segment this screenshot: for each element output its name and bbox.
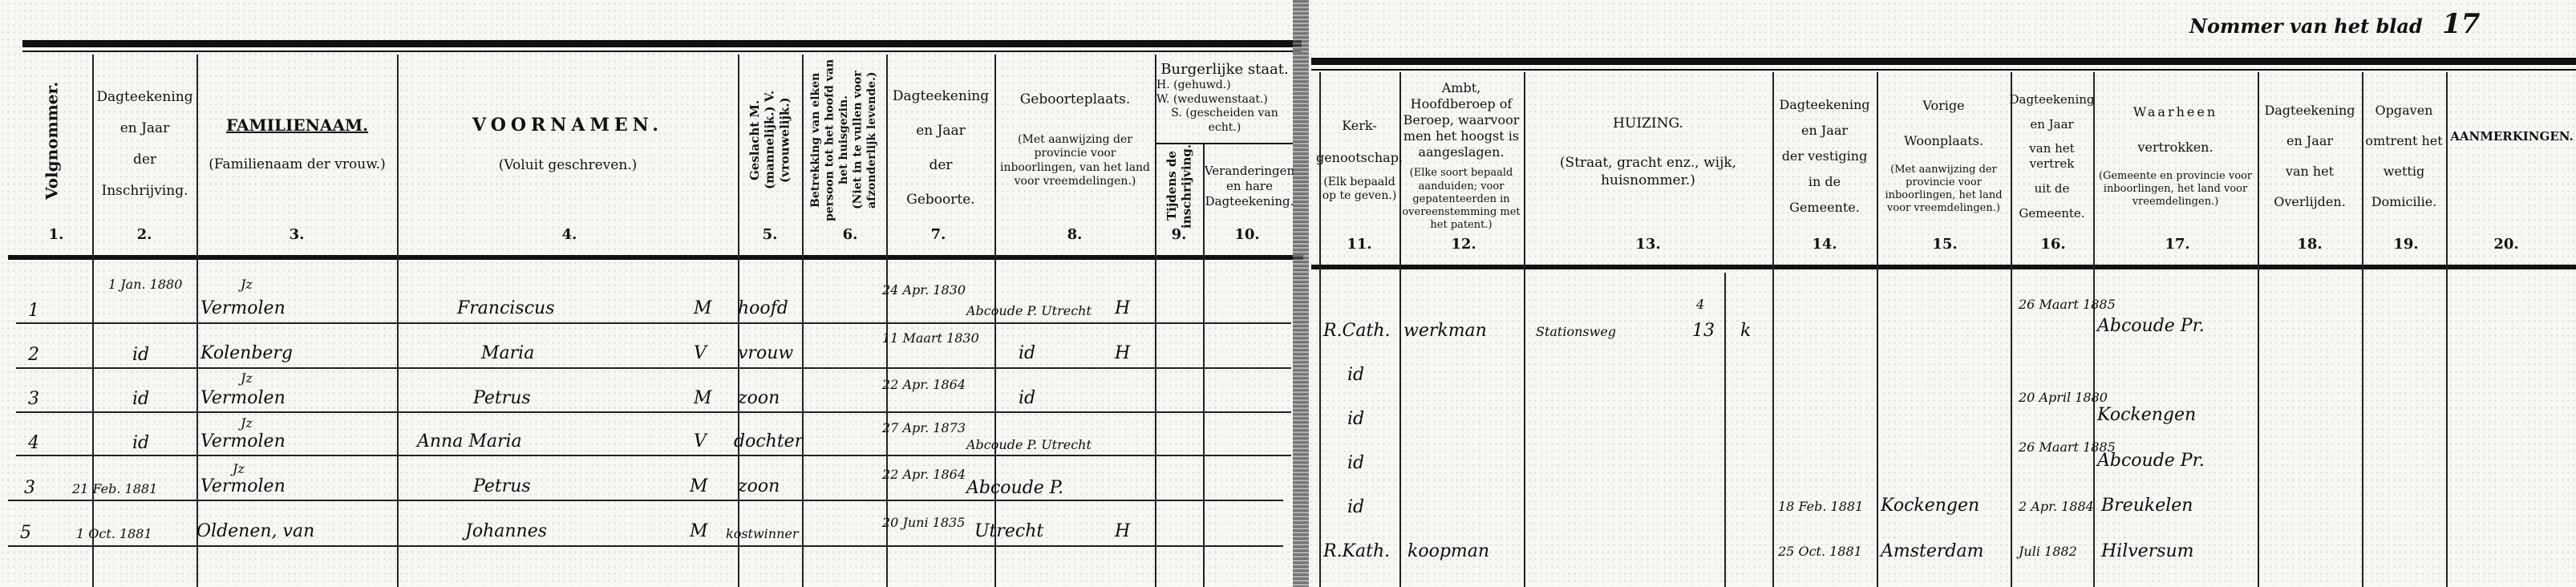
header-text: Woonplaats.	[1904, 133, 1983, 149]
header-vestiging: Dagteekening en Jaar der vestiging in de…	[1774, 88, 1875, 225]
cell-vorige-woonplaats: Kockengen	[1881, 496, 1979, 516]
header-text: (Straat, gracht enz., wijk, huisnommer.)	[1525, 155, 1771, 189]
cell-inschrijving: 1 Oct. 1881	[76, 526, 152, 541]
cell-waarheen: Breukelen	[2101, 496, 2193, 516]
right-page: Kerk- genootschap. (Elk bepaald op te ge…	[1303, 0, 2576, 587]
cell-geboorteplaats: Abcoude P. Utrecht	[966, 303, 1092, 318]
header-overlijden: Dagteekening en Jaar van het Overlijden.	[2259, 88, 2360, 225]
column-number: 1.	[32, 226, 80, 243]
header-text: Burgerlijke staat.	[1160, 61, 1288, 79]
cell-familienaam-prefix: Jz	[233, 461, 245, 476]
header-text: der vestiging	[1782, 148, 1868, 164]
cell-geboorte: 20 Juni 1835	[882, 515, 965, 530]
cell-familienaam-prefix: Jz	[241, 277, 253, 292]
cell-betrekking: zoon	[738, 476, 780, 496]
cell-huisnummer: 4	[1696, 297, 1704, 312]
col-divider	[886, 55, 888, 587]
row-line	[8, 500, 1283, 501]
cell-waarheen: Hilversum	[2101, 541, 2194, 561]
cell-kerkgenootschap: id	[1347, 409, 1364, 429]
cell-kerkgenootschap: id	[1347, 365, 1364, 385]
cell-voornamen: Johannes	[465, 521, 547, 541]
header-text: AANMERKINGEN.	[2450, 129, 2573, 144]
legend-gescheiden: S. (gescheiden van echt.)	[1156, 107, 1293, 135]
col-divider	[397, 55, 399, 587]
header-text: Vorige	[1922, 98, 1964, 114]
header-familienaam: FAMILIENAAM. (Familienaam der vrouw.)	[199, 96, 395, 192]
cell-wijk: 13	[1692, 321, 1715, 341]
cell-waarheen: Abcoude Pr.	[2097, 451, 2205, 471]
column-number: 9.	[1155, 226, 1203, 243]
cell-volgnummer: 1	[28, 301, 39, 321]
header-top-rule-thin	[1311, 69, 2576, 71]
cell-vestiging: 18 Feb. 1881	[1778, 499, 1863, 514]
cell-beroep: koopman	[1407, 541, 1489, 561]
cell-geslacht: M	[690, 476, 708, 496]
header-text: Geslacht M. (mannelijk.) V. (vrouwelijk.…	[747, 58, 792, 222]
header-text: Overlijden.	[2274, 194, 2346, 210]
column-number: 20.	[2482, 236, 2530, 253]
header-vertrek: Dagteekening en Jaar van het vertrek uit…	[2012, 88, 2092, 225]
header-text: (Elk bepaald op te geven.)	[1321, 176, 1398, 204]
cell-geboorteplaats: Utrecht	[974, 521, 1043, 541]
cell-kerkgenootschap: id	[1347, 497, 1364, 517]
header-text: (Gemeente en provincie voor inboorlingen…	[2095, 170, 2256, 209]
header-text: Gemeente.	[1789, 200, 1860, 216]
header-text: en hare	[1226, 179, 1273, 194]
cell-inschrijving: 1 Jan. 1880	[108, 277, 182, 292]
column-number: 18.	[2286, 236, 2334, 253]
cell-huizing: Stationsweg	[1536, 324, 1616, 339]
cell-kerkgenootschap: R.Kath.	[1323, 541, 1390, 561]
column-number: 17.	[2153, 236, 2201, 253]
header-geboorteplaats: Geboorteplaats. (Met aanwijzing der prov…	[997, 80, 1153, 200]
header-bottom-rule	[8, 255, 1303, 260]
cell-familienaam: Oldenen, van	[196, 521, 314, 541]
cell-betrekking: kostwinner	[726, 526, 799, 541]
header-text: Veranderingen	[1205, 164, 1294, 179]
header-text: Dagteekening	[893, 88, 989, 105]
header-voornamen: VOORNAMEN. (Voluit geschreven.)	[399, 96, 736, 192]
col-divider	[1203, 144, 1205, 587]
cell-kerkgenootschap: R.Cath.	[1323, 321, 1391, 341]
header-aanmerkingen: AANMERKINGEN.	[2448, 120, 2576, 152]
header-text: VOORNAMEN.	[472, 115, 663, 137]
header-text: Domicilie.	[2371, 194, 2437, 210]
header-text: Inschrijving.	[102, 183, 188, 200]
legend-gehuwd: H. (gehuwd.)	[1156, 79, 1231, 93]
col-divider	[738, 55, 739, 587]
cell-volgnummer: 3	[28, 389, 39, 409]
header-text: vertrokken.	[2137, 140, 2213, 156]
col-divider	[92, 55, 94, 587]
header-text: (Met aanwijzing der provincie voor inboo…	[997, 133, 1153, 189]
column-number: 12.	[1440, 236, 1488, 253]
header-tijdens-inschrijving: Tijdens de inschrijving.	[1157, 146, 1201, 226]
row-line	[16, 455, 1291, 456]
cell-inschrijving: 21 Feb. 1881	[72, 481, 157, 496]
header-domicilie: Opgaven omtrent het wettig Domicilie.	[2363, 88, 2444, 225]
header-text: Kerk-	[1342, 118, 1376, 134]
column-number: 15.	[1921, 236, 1969, 253]
cell-volgnummer: 2	[28, 345, 39, 365]
header-text: Betrekking van elken persoon tot het hoo…	[809, 58, 852, 222]
header-bottom-rule	[1311, 265, 2576, 269]
legend-weduwenstaat: W. (weduwenstaat.)	[1156, 93, 1268, 107]
cell-burgerlijke-staat: H	[1115, 298, 1130, 318]
cell-vertrek: 2 Apr. 1884	[2019, 499, 2094, 514]
cell-voornamen: Anna Maria	[417, 431, 522, 451]
cell-inschrijving: id	[132, 433, 149, 453]
header-huizing: HUIZING. (Straat, gracht enz., wijk, hui…	[1525, 104, 1771, 200]
cell-waarheen: Abcoude Pr.	[2097, 316, 2205, 336]
header-text: uit de	[2035, 181, 2070, 196]
header-top-rule-thin	[22, 51, 1302, 52]
cell-geboorte: 22 Apr. 1864	[882, 377, 966, 392]
header-text: (Voluit geschreven.)	[499, 157, 638, 174]
cell-familienaam-prefix: Jz	[241, 415, 253, 431]
row-line	[16, 411, 1291, 413]
cell-volgnummer: 5	[20, 523, 31, 543]
header-text: van het vertrek	[2012, 141, 2092, 172]
cell-inschrijving: id	[132, 389, 149, 409]
cell-voornamen: Petrus	[473, 476, 531, 496]
cell-geslacht: M	[694, 298, 712, 318]
header-text: Gemeente.	[2019, 206, 2084, 221]
column-number: 14.	[1800, 236, 1849, 253]
cell-geboorteplaats: id	[1019, 343, 1035, 363]
cell-betrekking: dochter	[734, 431, 803, 451]
header-volgnummer: Volgnommer.	[16, 64, 88, 217]
header-top-rule	[1311, 58, 2576, 65]
header-text: en Jaar	[2030, 117, 2073, 132]
cell-geboorteplaats: id	[1019, 388, 1035, 408]
cell-geboorteplaats: Abcoude P.	[966, 478, 1063, 498]
column-number: 7.	[914, 226, 962, 243]
header-text: in de	[1808, 174, 1841, 190]
header-text: en Jaar	[120, 120, 170, 137]
header-text: (Niet in te vullen voor afzonderlijk lev…	[851, 58, 879, 222]
cell-voornamen: Petrus	[473, 388, 531, 408]
cell-geslacht: M	[690, 521, 708, 541]
column-number: 5.	[746, 226, 794, 243]
column-number: 2.	[120, 226, 168, 243]
cell-huis-letter: k	[1740, 321, 1751, 341]
header-text: van het	[2286, 164, 2334, 180]
cell-waarheen: Kockengen	[2097, 405, 2196, 425]
cell-betrekking: vrouw	[738, 343, 793, 363]
header-text: Tijdens de inschrijving.	[1164, 144, 1195, 228]
header-text: Waarheen	[2133, 104, 2218, 120]
cell-familienaam-prefix: Jz	[241, 370, 253, 386]
col-divider	[994, 55, 996, 587]
cell-geboorteplaats: Abcoude P. Utrecht	[966, 437, 1092, 452]
col-divider	[196, 55, 198, 587]
header-waarheen: Waarheen vertrokken. (Gemeente en provin…	[2095, 88, 2256, 225]
cell-vertrek: 26 Maart 1885	[2019, 297, 2116, 312]
cell-kerkgenootschap: id	[1347, 453, 1364, 473]
header-vorige-woonplaats: Vorige Woonplaats. (Met aanwijzing der p…	[1878, 88, 2009, 225]
header-text: der	[133, 152, 156, 168]
column-number: 3.	[273, 226, 321, 243]
column-number: 8.	[1051, 226, 1099, 243]
cell-familienaam: Kolenberg	[200, 343, 293, 363]
header-text: Dagteekening	[1779, 97, 1869, 113]
cell-vertrek: Juli 1882	[2019, 544, 2077, 559]
header-geboorte: Dagteekening en Jaar der Geboorte.	[889, 76, 993, 221]
cell-vorige-woonplaats: Amsterdam	[1881, 541, 1983, 561]
header-text: (Familienaam der vrouw.)	[209, 156, 386, 173]
cell-burgerlijke-staat: H	[1115, 343, 1130, 363]
header-text: Dagteekening	[2009, 92, 2094, 107]
header-text: wettig	[2384, 164, 2424, 180]
column-number: 16.	[2029, 236, 2077, 253]
cell-geslacht: V	[694, 431, 707, 451]
cell-beroep: werkman	[1403, 321, 1487, 341]
cell-familienaam: Vermolen	[200, 431, 286, 451]
cell-vestiging: 25 Oct. 1881	[1778, 544, 1862, 559]
cell-familienaam: Vermolen	[200, 476, 286, 496]
cell-volgnummer: 4	[28, 433, 39, 453]
cell-volgnummer: 3	[24, 478, 35, 498]
cell-familienaam: Vermolen	[200, 388, 286, 408]
header-text: en Jaar	[1801, 123, 1848, 139]
cell-burgerlijke-staat: H	[1115, 521, 1130, 541]
column-number: 13.	[1624, 236, 1672, 253]
header-text: FAMILIENAAM.	[226, 115, 368, 136]
header-top-rule	[22, 40, 1302, 47]
col-divider	[802, 55, 804, 587]
header-text: Opgaven	[2376, 103, 2433, 119]
column-number: 10.	[1223, 226, 1271, 243]
column-number: 11.	[1335, 236, 1383, 253]
header-text: (Elke soort bepaald aanduiden; voor gepa…	[1401, 167, 1521, 232]
header-text: genootschap.	[1316, 150, 1403, 166]
cell-geboorte: 11 Maart 1830	[882, 330, 979, 346]
cell-geslacht: M	[694, 388, 712, 408]
header-beroep: Ambt, Hoofdberoep of Beroep, waarvoor me…	[1401, 76, 1521, 237]
header-text: en Jaar	[2286, 133, 2333, 149]
cell-betrekking: zoon	[738, 388, 780, 408]
header-kerkgenootschap: Kerk- genootschap. (Elk bepaald op te ge…	[1321, 96, 1398, 225]
header-betrekking: Betrekking van elken persoon tot het hoo…	[806, 58, 882, 222]
row-line	[16, 367, 1291, 369]
header-text: Geboorteplaats.	[1020, 91, 1131, 108]
header-veranderingen: Veranderingen en hare Dagteekening.	[1205, 148, 1294, 225]
header-text: Dagteekening.	[1205, 194, 1294, 209]
header-text: Ambt, Hoofdberoep of Beroep, waarvoor me…	[1401, 80, 1521, 160]
header-text: Dagteekening	[96, 89, 192, 106]
header-burgerlijke-staat: Burgerlijke staat. H. (gehuwd.) W. (wedu…	[1156, 58, 1293, 138]
row-line	[16, 322, 1291, 324]
column-number: 19.	[2382, 236, 2430, 253]
cell-geboorte: 24 Apr. 1830	[882, 282, 966, 298]
cell-vertrek: 20 April 1880	[2019, 390, 2108, 405]
cell-familienaam: Vermolen	[200, 298, 286, 318]
header-text: en Jaar	[916, 123, 966, 140]
header-text: omtrent het	[2365, 133, 2442, 149]
cell-geslacht: V	[694, 343, 707, 363]
column-number: 6.	[826, 226, 874, 243]
column-number: 4.	[545, 226, 593, 243]
cell-voornamen: Maria	[481, 343, 534, 363]
header-text: HUIZING.	[1613, 115, 1683, 132]
header-text: Geboorte.	[906, 192, 974, 208]
cell-inschrijving: id	[132, 345, 149, 365]
cell-voornamen: Franciscus	[457, 298, 555, 318]
header-geslacht: Geslacht M. (mannelijk.) V. (vrouwelijk.…	[742, 58, 798, 222]
header-text: Dagteekening	[2264, 103, 2355, 119]
header-text: (Met aanwijzing der provincie voor inboo…	[1878, 164, 2009, 216]
header-text: der	[929, 157, 952, 174]
header-text: Volgnommer.	[43, 81, 63, 199]
col-divider	[1724, 273, 1726, 587]
cell-geboorte: 27 Apr. 1873	[882, 420, 966, 435]
cell-geboorte: 22 Apr. 1864	[882, 467, 966, 482]
header-inschrijving: Dagteekening en Jaar der Inschrijving.	[95, 64, 195, 225]
row-line	[8, 545, 1283, 547]
left-page: Volgnommer. Dagteekening en Jaar der Ins…	[0, 0, 1303, 587]
cell-betrekking: hoofd	[738, 298, 788, 318]
